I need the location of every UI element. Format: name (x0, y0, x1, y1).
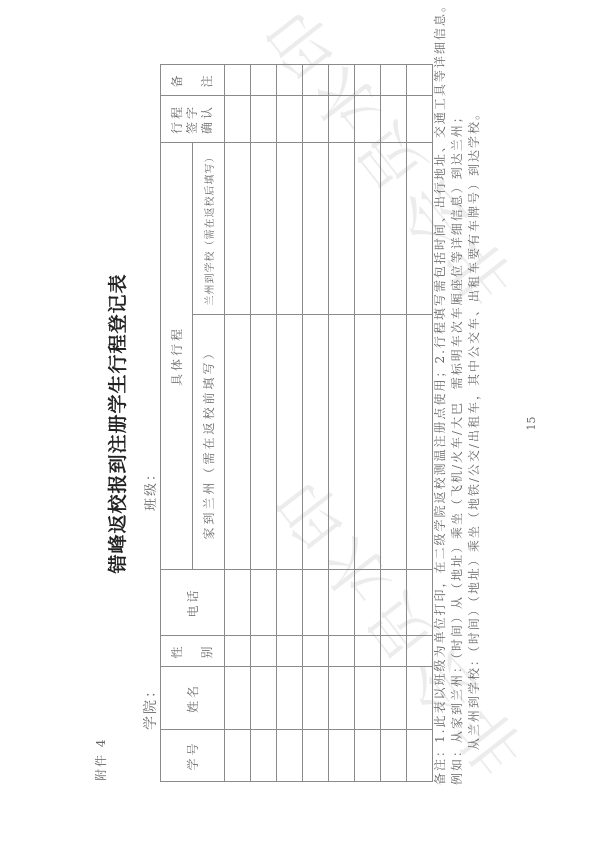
cell-name[interactable] (303, 667, 329, 730)
page-title: 错峰返校报到注册学生行程登记表 (103, 0, 130, 847)
cell-gender[interactable] (407, 636, 433, 667)
cell-student-id[interactable] (355, 730, 381, 782)
header-lanzhou-to-school: 兰州到学校（需在返校后填写） (193, 142, 225, 314)
notes-line-3: 从兰州到学校：（时间）（地址）乘坐（地铁/公交/出租车，其中公交车、出租车要有车… (467, 106, 481, 785)
notes-line-2: 例如：从家到兰州：（时间）从（地址）乘坐（飞机/火车/大巴 需标明车次车厢座位等… (450, 109, 464, 785)
header-remarks: 备注 (161, 64, 225, 95)
cell-remarks[interactable] (407, 64, 433, 95)
cell-gender[interactable] (277, 636, 303, 667)
table-row (277, 64, 303, 781)
cell-student-id[interactable] (277, 730, 303, 782)
header-signature-2: 签字 (185, 104, 199, 134)
cell-home-to-lanzhou[interactable] (329, 315, 355, 570)
cell-signature[interactable] (355, 95, 381, 142)
header-signature-3: 确认 (200, 104, 214, 134)
cell-lanzhou-to-school[interactable] (251, 142, 277, 314)
header-gender-bottom: 别 (200, 644, 214, 659)
notes-line-1: 备注：1.此表以班级为单位打印，在二级学院返校测温注册点使用；2.行程填写需包括… (433, 0, 447, 785)
cell-student-id[interactable] (329, 730, 355, 782)
table-row (355, 64, 381, 781)
cell-lanzhou-to-school[interactable] (303, 142, 329, 314)
cell-phone[interactable] (355, 570, 381, 636)
cell-gender[interactable] (355, 636, 381, 667)
cell-signature[interactable] (381, 95, 407, 142)
header-signature: 行程签字确认 (161, 95, 225, 142)
cell-name[interactable] (381, 667, 407, 730)
cell-phone[interactable] (225, 570, 251, 636)
cell-home-to-lanzhou[interactable] (355, 315, 381, 570)
cell-remarks[interactable] (303, 64, 329, 95)
cell-name[interactable] (225, 667, 251, 730)
cell-gender[interactable] (381, 636, 407, 667)
notes: 备注：1.此表以班级为单位打印，在二级学院返校测温注册点使用；2.行程填写需包括… (432, 0, 483, 785)
cell-home-to-lanzhou[interactable] (303, 315, 329, 570)
header-student-id: 学号 (161, 730, 225, 782)
cell-lanzhou-to-school[interactable] (355, 142, 381, 314)
document-page: 非会员水印 非会员水印 附件 4 错峰返校报到注册学生行程登记表 学院： 班级：… (0, 0, 599, 847)
class-label: 班级： (140, 466, 159, 511)
cell-student-id[interactable] (251, 730, 277, 782)
cell-name[interactable] (251, 667, 277, 730)
cell-gender[interactable] (251, 636, 277, 667)
cell-lanzhou-to-school[interactable] (407, 142, 433, 314)
cell-lanzhou-to-school[interactable] (329, 142, 355, 314)
table-row (407, 64, 433, 781)
cell-home-to-lanzhou[interactable] (225, 315, 251, 570)
table-row (251, 64, 277, 781)
header-phone: 电话 (161, 570, 225, 636)
header-remarks-bottom: 注 (200, 72, 214, 87)
cell-home-to-lanzhou[interactable] (277, 315, 303, 570)
cell-signature[interactable] (251, 95, 277, 142)
cell-student-id[interactable] (381, 730, 407, 782)
cell-student-id[interactable] (225, 730, 251, 782)
cell-name[interactable] (329, 667, 355, 730)
cell-phone[interactable] (381, 570, 407, 636)
header-remarks-top: 备 (170, 72, 184, 87)
page-number: 15 (525, 0, 538, 847)
cell-phone[interactable] (277, 570, 303, 636)
cell-gender[interactable] (329, 636, 355, 667)
header-itinerary: 具体行程 (161, 142, 193, 569)
cell-phone[interactable] (329, 570, 355, 636)
cell-remarks[interactable] (381, 64, 407, 95)
cell-signature[interactable] (329, 95, 355, 142)
header-name: 姓名 (161, 667, 225, 730)
table-row (303, 64, 329, 781)
cell-phone[interactable] (303, 570, 329, 636)
college-label: 学院： (140, 682, 160, 730)
table-row (329, 64, 355, 781)
header-signature-1: 行程 (170, 104, 184, 134)
cell-signature[interactable] (407, 95, 433, 142)
cell-gender[interactable] (303, 636, 329, 667)
cell-lanzhou-to-school[interactable] (225, 142, 251, 314)
cell-phone[interactable] (251, 570, 277, 636)
cell-name[interactable] (277, 667, 303, 730)
cell-name[interactable] (407, 667, 433, 730)
cell-signature[interactable] (277, 95, 303, 142)
itinerary-table: 学号 姓名 性别 电话 具体行程 行程签字确认 备注 家到兰州（需在返校前填写）… (160, 64, 433, 782)
cell-home-to-lanzhou[interactable] (251, 315, 277, 570)
cell-student-id[interactable] (303, 730, 329, 782)
header-home-to-lanzhou: 家到兰州（需在返校前填写） (193, 315, 225, 570)
cell-student-id[interactable] (407, 730, 433, 782)
cell-home-to-lanzhou[interactable] (381, 315, 407, 570)
cell-name[interactable] (355, 667, 381, 730)
cell-signature[interactable] (303, 95, 329, 142)
cell-remarks[interactable] (277, 64, 303, 95)
header-gender-top: 性 (170, 644, 184, 659)
table-row (225, 64, 251, 781)
cell-remarks[interactable] (329, 64, 355, 95)
cell-lanzhou-to-school[interactable] (381, 142, 407, 314)
cell-gender[interactable] (225, 636, 251, 667)
cell-remarks[interactable] (251, 64, 277, 95)
header-gender: 性别 (161, 636, 225, 667)
cell-phone[interactable] (407, 570, 433, 636)
table-row (381, 64, 407, 781)
cell-remarks[interactable] (355, 64, 381, 95)
cell-home-to-lanzhou[interactable] (407, 315, 433, 570)
cell-signature[interactable] (225, 95, 251, 142)
cell-lanzhou-to-school[interactable] (277, 142, 303, 314)
cell-remarks[interactable] (225, 64, 251, 95)
